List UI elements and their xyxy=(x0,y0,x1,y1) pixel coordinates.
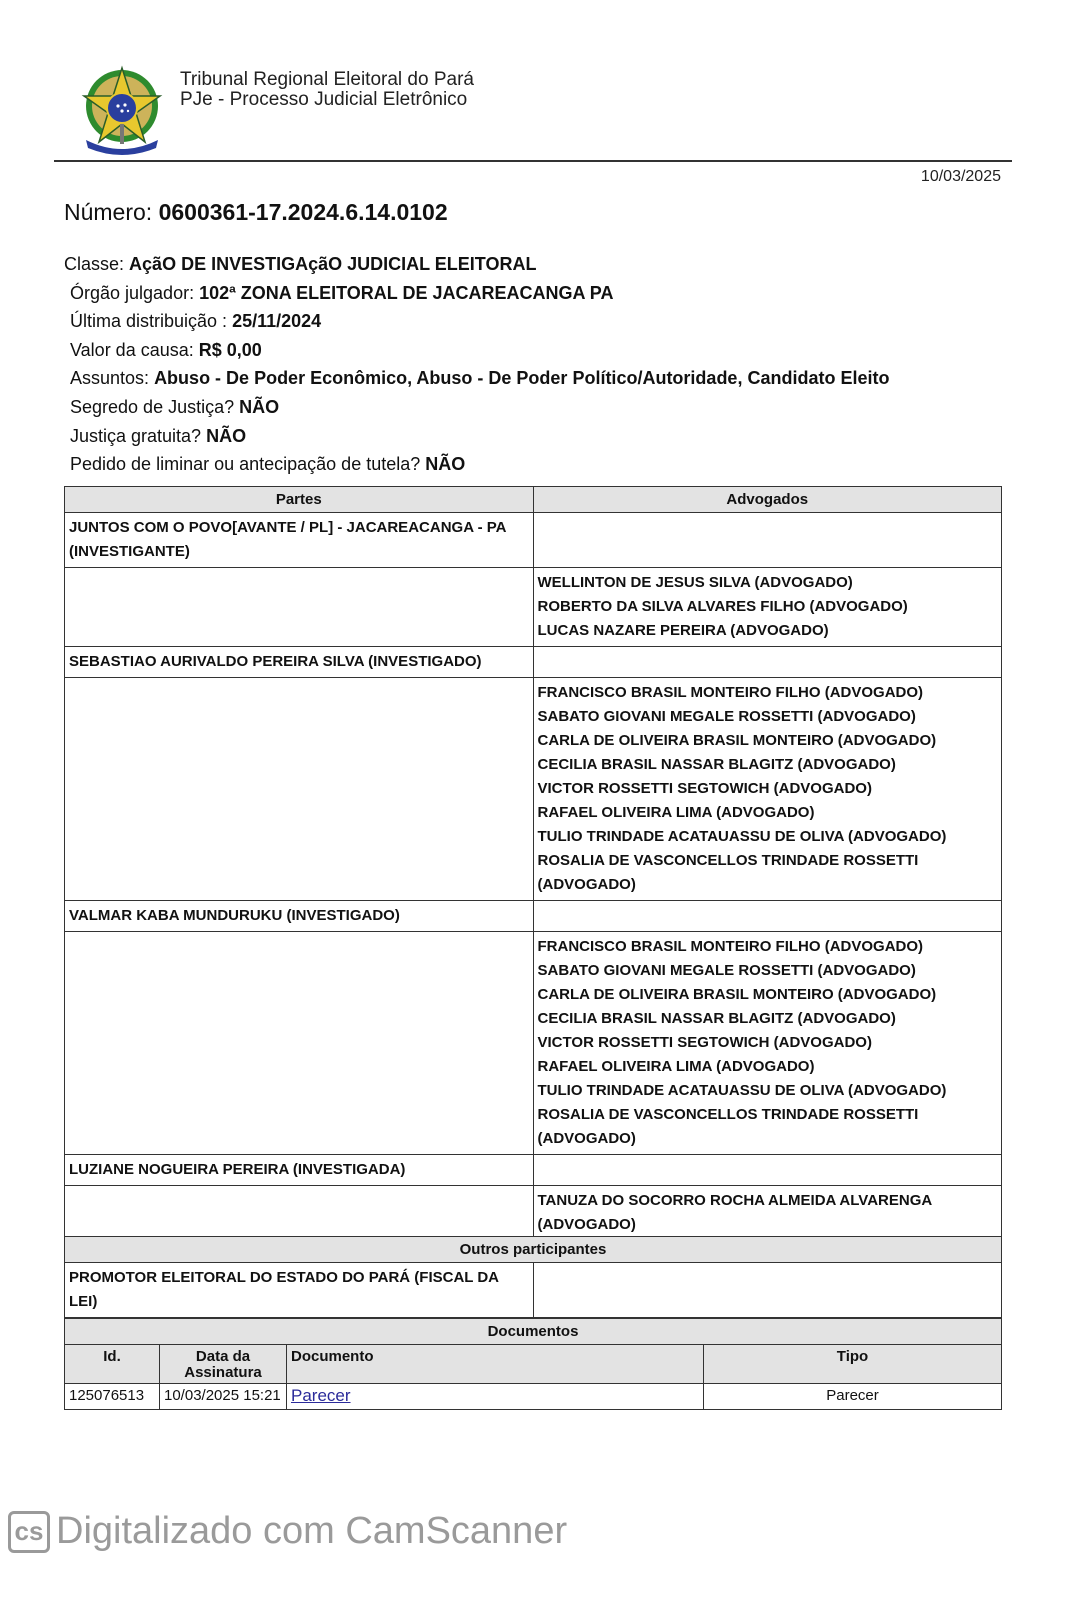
parte-name: LUZIANE NOGUEIRA PEREIRA (INVESTIGADA) xyxy=(65,1155,534,1186)
process-number-label: Número: xyxy=(64,199,152,225)
liminar-value: NÃO xyxy=(425,454,465,474)
advogado-name: TULIO TRINDADE ACATAUASSU DE OLIVA (ADVO… xyxy=(538,1079,998,1103)
assuntos-value: Abuso - De Poder Econômico, Abuso - De P… xyxy=(154,368,889,388)
process-metadata: Classe: AçãO DE INVESTIGAçãO JUDICIAL EL… xyxy=(64,250,889,479)
classe-value: AçãO DE INVESTIGAçãO JUDICIAL ELEITORAL xyxy=(129,254,536,274)
advogado-name: TANUZA DO SOCORRO ROCHA ALMEIDA ALVARENG… xyxy=(538,1189,998,1237)
meta-orgao: Órgão julgador: 102ª ZONA ELEITORAL DE J… xyxy=(64,279,889,308)
parte-name: VALMAR KABA MUNDURUKU (INVESTIGADO) xyxy=(65,901,534,932)
empty-cell xyxy=(533,513,1002,568)
advogados-list: FRANCISCO BRASIL MONTEIRO FILHO (ADVOGAD… xyxy=(533,678,1002,901)
parte-row: SEBASTIAO AURIVALDO PEREIRA SILVA (INVES… xyxy=(65,647,1002,678)
documentos-table: Documentos Id. Data da Assinatura Docume… xyxy=(64,1318,1002,1410)
empty-cell xyxy=(65,932,534,1155)
partes-table: Partes Advogados JUNTOS COM O POVO[AVANT… xyxy=(64,486,1002,1241)
advogado-name: VICTOR ROSSETTI SEGTOWICH (ADVOGADO) xyxy=(538,1031,998,1055)
system-name: PJe - Processo Judicial Eletrônico xyxy=(180,90,474,110)
distribuicao-label: Última distribuição : xyxy=(70,311,227,331)
empty-cell xyxy=(65,678,534,901)
camscanner-watermark: cs Digitalizado com CamScanner xyxy=(8,1510,567,1553)
advogado-name: VICTOR ROSSETTI SEGTOWICH (ADVOGADO) xyxy=(538,777,998,801)
parte-name: SEBASTIAO AURIVALDO PEREIRA SILVA (INVES… xyxy=(65,647,534,678)
table-row: PROMOTOR ELEITORAL DO ESTADO DO PARÁ (FI… xyxy=(65,1263,1002,1318)
advogado-name: CECILIA BRASIL NASSAR BLAGITZ (ADVOGADO) xyxy=(538,753,998,777)
meta-classe: Classe: AçãO DE INVESTIGAçãO JUDICIAL EL… xyxy=(64,250,889,279)
gratuita-label: Justiça gratuita? xyxy=(70,426,201,446)
advogado-name: ROSALIA DE VASCONCELLOS TRINDADE ROSSETT… xyxy=(538,1103,998,1151)
brazil-coat-of-arms-icon xyxy=(76,62,168,158)
classe-label: Classe: xyxy=(64,254,124,274)
document-id: 125076513 xyxy=(65,1384,160,1410)
empty-cell xyxy=(65,568,534,647)
column-header-partes: Partes xyxy=(65,487,534,513)
column-header-id: Id. xyxy=(65,1345,160,1384)
advogado-name: FRANCISCO BRASIL MONTEIRO FILHO (ADVOGAD… xyxy=(538,935,998,959)
advogado-name: ROBERTO DA SILVA ALVARES FILHO (ADVOGADO… xyxy=(538,595,998,619)
advogado-name: WELLINTON DE JESUS SILVA (ADVOGADO) xyxy=(538,571,998,595)
advogado-name: FRANCISCO BRASIL MONTEIRO FILHO (ADVOGAD… xyxy=(538,681,998,705)
print-date: 10/03/2025 xyxy=(921,168,1001,186)
column-header-advogados: Advogados xyxy=(533,487,1002,513)
empty-cell xyxy=(533,1155,1002,1186)
outros-participantes-table: Outros participantes PROMOTOR ELEITORAL … xyxy=(64,1236,1002,1318)
document-cell: Parecer xyxy=(287,1384,704,1410)
advogado-name: CECILIA BRASIL NASSAR BLAGITZ (ADVOGADO) xyxy=(538,1007,998,1031)
meta-segredo: Segredo de Justiça? NÃO xyxy=(64,393,889,422)
meta-valor: Valor da causa: R$ 0,00 xyxy=(64,336,889,365)
advogados-row: FRANCISCO BRASIL MONTEIRO FILHO (ADVOGAD… xyxy=(65,932,1002,1155)
outros-header: Outros participantes xyxy=(65,1237,1002,1263)
column-header-tipo: Tipo xyxy=(704,1345,1002,1384)
assuntos-label: Assuntos: xyxy=(70,368,149,388)
advogado-name: RAFAEL OLIVEIRA LIMA (ADVOGADO) xyxy=(538,801,998,825)
watermark-text: Digitalizado com CamScanner xyxy=(56,1510,567,1553)
documentos-header: Documentos xyxy=(65,1319,1002,1345)
distribuicao-value: 25/11/2024 xyxy=(232,311,321,331)
table-row: 125076513 10/03/2025 15:21 Parecer Parec… xyxy=(65,1384,1002,1410)
orgao-label: Órgão julgador: xyxy=(70,283,194,303)
column-header-data: Data da Assinatura xyxy=(160,1345,287,1384)
gratuita-value: NÃO xyxy=(206,426,246,446)
parte-name: JUNTOS COM O POVO[AVANTE / PL] - JACAREA… xyxy=(65,513,534,568)
valor-label: Valor da causa: xyxy=(70,340,194,360)
document-link[interactable]: Parecer xyxy=(291,1386,351,1405)
court-name: Tribunal Regional Eleitoral do Pará xyxy=(180,70,474,90)
meta-gratuita: Justiça gratuita? NÃO xyxy=(64,422,889,451)
document-type: Parecer xyxy=(704,1384,1002,1410)
advogado-name: CARLA DE OLIVEIRA BRASIL MONTEIRO (ADVOG… xyxy=(538,983,998,1007)
camscanner-logo-icon: cs xyxy=(8,1511,50,1553)
parte-row: LUZIANE NOGUEIRA PEREIRA (INVESTIGADA) xyxy=(65,1155,1002,1186)
valor-value: R$ 0,00 xyxy=(199,340,262,360)
advogado-name: SABATO GIOVANI MEGALE ROSSETTI (ADVOGADO… xyxy=(538,959,998,983)
parte-row: JUNTOS COM O POVO[AVANTE / PL] - JACAREA… xyxy=(65,513,1002,568)
advogado-name: CARLA DE OLIVEIRA BRASIL MONTEIRO (ADVOG… xyxy=(538,729,998,753)
orgao-value: 102ª ZONA ELEITORAL DE JACAREACANGA PA xyxy=(199,283,613,303)
advogado-name: SABATO GIOVANI MEGALE ROSSETTI (ADVOGADO… xyxy=(538,705,998,729)
meta-distribuicao: Última distribuição : 25/11/2024 xyxy=(64,307,889,336)
advogado-name: RAFAEL OLIVEIRA LIMA (ADVOGADO) xyxy=(538,1055,998,1079)
document-header: Tribunal Regional Eleitoral do Pará PJe … xyxy=(54,56,1012,162)
advogados-list: WELLINTON DE JESUS SILVA (ADVOGADO)ROBER… xyxy=(533,568,1002,647)
advogados-list: TANUZA DO SOCORRO ROCHA ALMEIDA ALVARENG… xyxy=(533,1186,1002,1241)
meta-liminar: Pedido de liminar ou antecipação de tute… xyxy=(64,450,889,479)
advogado-name: LUCAS NAZARE PEREIRA (ADVOGADO) xyxy=(538,619,998,643)
empty-cell xyxy=(533,1263,1002,1318)
process-number: Número: 0600361-17.2024.6.14.0102 xyxy=(64,199,448,226)
empty-cell xyxy=(533,901,1002,932)
advogados-row: WELLINTON DE JESUS SILVA (ADVOGADO)ROBER… xyxy=(65,568,1002,647)
empty-cell xyxy=(533,647,1002,678)
segredo-label: Segredo de Justiça? xyxy=(70,397,234,417)
advogados-list: FRANCISCO BRASIL MONTEIRO FILHO (ADVOGAD… xyxy=(533,932,1002,1155)
advogado-name: ROSALIA DE VASCONCELLOS TRINDADE ROSSETT… xyxy=(538,849,998,897)
parte-row: VALMAR KABA MUNDURUKU (INVESTIGADO) xyxy=(65,901,1002,932)
advogados-row: TANUZA DO SOCORRO ROCHA ALMEIDA ALVARENG… xyxy=(65,1186,1002,1241)
column-header-documento: Documento xyxy=(287,1345,704,1384)
liminar-label: Pedido de liminar ou antecipação de tute… xyxy=(70,454,420,474)
document-date: 10/03/2025 15:21 xyxy=(160,1384,287,1410)
advogado-name: TULIO TRINDADE ACATAUASSU DE OLIVA (ADVO… xyxy=(538,825,998,849)
advogados-row: FRANCISCO BRASIL MONTEIRO FILHO (ADVOGAD… xyxy=(65,678,1002,901)
empty-cell xyxy=(65,1186,534,1241)
meta-assuntos: Assuntos: Abuso - De Poder Econômico, Ab… xyxy=(64,364,889,393)
segredo-value: NÃO xyxy=(239,397,279,417)
participant-name: PROMOTOR ELEITORAL DO ESTADO DO PARÁ (FI… xyxy=(65,1263,534,1318)
process-number-value: 0600361-17.2024.6.14.0102 xyxy=(159,199,448,225)
